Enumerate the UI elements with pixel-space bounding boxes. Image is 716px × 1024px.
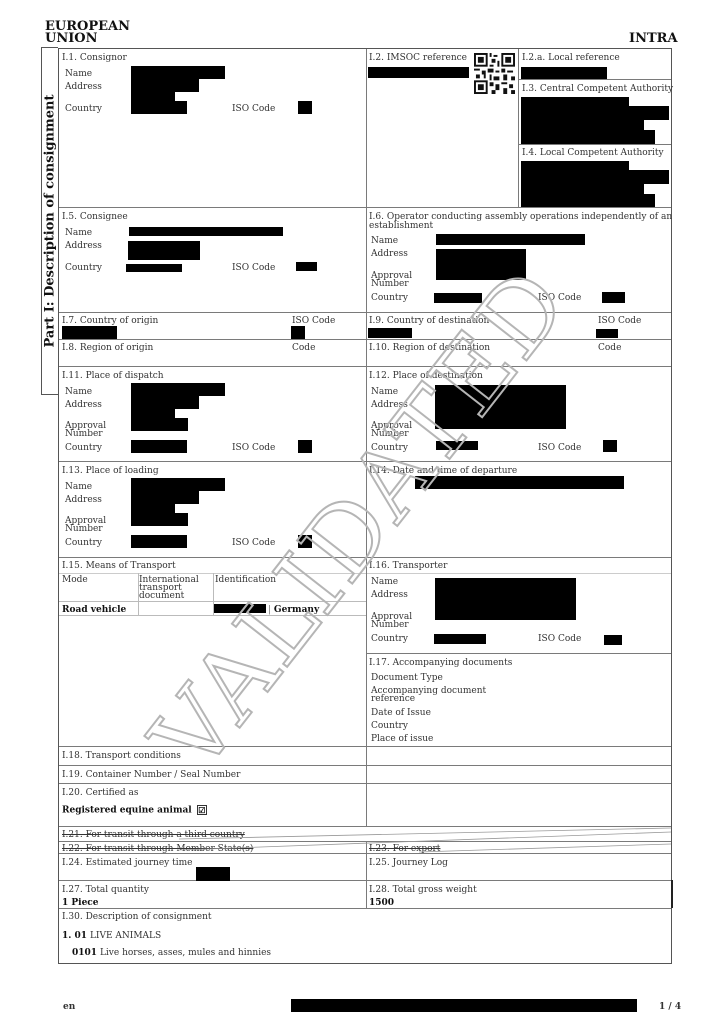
origin-iso-label: ISO Code — [292, 316, 335, 326]
box-i10-title: I.10. Region of destination — [369, 343, 490, 353]
redacted-dispatch-iso — [298, 440, 312, 453]
redacted-vehicle-identification — [214, 604, 266, 613]
dispatch-approval-label-2: Number — [65, 430, 103, 438]
total-quantity-value: 1 Piece — [62, 898, 99, 908]
dispatch-name-label: Name — [65, 387, 92, 397]
box-i3-title: I.3. Central Competent Authority — [522, 84, 673, 94]
consignee-name-label: Name — [65, 228, 92, 238]
redacted-dispatch-1 — [131, 383, 225, 396]
loading-iso-label: ISO Code — [232, 538, 275, 548]
box-i15-title: I.15. Means of Transport — [62, 561, 176, 571]
description-line-2-text: Live horses, asses, mules and hinnies — [100, 948, 271, 958]
redacted-consignor-country — [131, 101, 187, 114]
operator-iso-label: ISO Code — [538, 293, 581, 303]
acc-doc-type-label: Document Type — [371, 673, 443, 683]
box-i6-title-2: establishment — [369, 222, 433, 230]
redacted-local-authority-2 — [521, 170, 669, 184]
redacted-loading-country — [131, 535, 187, 548]
box-i7-title: I.7. Country of origin — [62, 316, 158, 326]
box-i6-title-1: I.6. Operator conducting assembly operat… — [369, 213, 672, 221]
transport-col-identification: Identification — [215, 575, 276, 585]
redacted-local-reference — [521, 67, 607, 79]
redacted-transporter-iso — [604, 635, 622, 645]
destination-approval-label-2: Number — [371, 430, 409, 438]
destination-country-label: Country — [371, 443, 408, 453]
consignee-country-label: Country — [65, 263, 102, 273]
redacted-local-authority-4 — [521, 194, 655, 207]
box-i30-title: I.30. Description of consignment — [62, 912, 212, 922]
redacted-consignor-address — [131, 79, 199, 92]
transport-id-country: | Germany — [268, 605, 319, 615]
transport-mode-value: Road vehicle — [62, 605, 126, 615]
redacted-country-of-origin — [62, 326, 117, 339]
description-line-1-text: LIVE ANIMALS — [90, 931, 161, 941]
redacted-dispatch-3 — [131, 409, 175, 418]
redacted-transporter-country — [434, 634, 486, 644]
redacted-destination-iso — [596, 329, 618, 338]
box-i4-title: I.4. Local Competent Authority — [522, 148, 664, 158]
redacted-consignee-address — [128, 241, 200, 260]
issuer-line2: UNION — [45, 33, 98, 45]
transporter-address-label: Address — [371, 590, 408, 600]
consignee-address-label: Address — [65, 241, 102, 251]
box-i16-title: I.16. Transporter — [369, 561, 447, 571]
destination-iso-label: ISO Code — [598, 316, 641, 326]
transporter-iso-label: ISO Code — [538, 634, 581, 644]
consignee-iso-label: ISO Code — [232, 263, 275, 273]
operator-country-label: Country — [371, 293, 408, 303]
transport-col-doc-3: document — [139, 592, 184, 600]
transport-col-mode: Mode — [62, 575, 88, 585]
acc-place-issue-label: Place of issue — [371, 734, 433, 744]
footer-language: en — [63, 1002, 75, 1012]
redacted-central-authority-4 — [521, 130, 655, 144]
box-i20-title: I.20. Certified as — [62, 788, 139, 798]
strikeout-lines — [59, 826, 671, 853]
redacted-origin-iso — [291, 326, 305, 339]
destination-name-label: Name — [371, 387, 398, 397]
box-i9-title: I.9. Country of destination — [369, 316, 489, 326]
footer-page-number: 1 / 4 — [659, 1002, 681, 1012]
redacted-destination-place-iso — [603, 440, 617, 452]
operator-name-label: Name — [371, 236, 398, 246]
redacted-journey-time — [196, 867, 230, 881]
redacted-loading-3 — [131, 504, 175, 513]
redacted-imsoc-reference — [368, 67, 469, 78]
operator-approval-label-2: Number — [371, 280, 409, 288]
redacted-consignor-iso — [298, 101, 312, 114]
redacted-consignee-country — [126, 264, 182, 272]
transport-id-country-text: Germany — [274, 605, 319, 615]
box-i24-title: I.24. Estimated journey time — [62, 858, 192, 868]
certificate-type: INTRA — [629, 33, 678, 45]
redacted-operator-iso — [602, 292, 625, 303]
destination-iso-label-2: ISO Code — [538, 443, 581, 453]
loading-address-label: Address — [65, 495, 102, 505]
redacted-loading-4 — [131, 513, 188, 526]
redacted-dispatch-4 — [131, 418, 188, 431]
consignor-name-label: Name — [65, 69, 92, 79]
redacted-operator-address — [436, 249, 526, 280]
redacted-operator-name — [436, 234, 585, 245]
redacted-country-of-destination — [368, 328, 412, 338]
destination-address-label: Address — [371, 400, 408, 410]
box-i12-title: I.12. Place of destination — [369, 371, 483, 381]
box-i17-title: I.17. Accompanying documents — [369, 658, 512, 668]
consignor-address-label: Address — [65, 82, 102, 92]
box-i13-title: I.13. Place of loading — [62, 466, 159, 476]
redacted-central-authority-1 — [521, 97, 629, 106]
dispatch-country-label: Country — [65, 443, 102, 453]
redacted-destination-place — [435, 385, 566, 429]
part-label: Part I: Description of consignment — [43, 95, 58, 348]
redacted-central-authority-2 — [521, 106, 669, 120]
redacted-consignor-name — [131, 66, 225, 79]
acc-date-issue-label: Date of Issue — [371, 708, 431, 718]
redacted-loading-2 — [131, 491, 199, 504]
box-i1-title: I.1. Consignor — [62, 53, 127, 63]
redacted-destination-country — [436, 441, 478, 450]
box-i8-title: I.8. Region of origin — [62, 343, 153, 353]
box-i11-title: I.11. Place of dispatch — [62, 371, 164, 381]
acc-doc-ref-label-2: reference — [371, 695, 415, 703]
description-line-2-code: 0101 — [72, 948, 97, 958]
checkbox-checked-icon: ☑ — [197, 805, 207, 815]
box-i2-title: I.2. IMSOC reference — [369, 53, 467, 63]
transporter-approval-label-2: Number — [371, 621, 409, 629]
consignor-country-label: Country — [65, 104, 102, 114]
certified-as-value: Registered equine animal ☑ — [62, 805, 207, 816]
redacted-consignee-iso — [296, 262, 317, 271]
redacted-local-authority-1 — [521, 161, 629, 170]
loading-name-label: Name — [65, 482, 92, 492]
description-line-1-code: 1. 01 — [62, 931, 87, 941]
operator-address-label: Address — [371, 249, 408, 259]
redacted-local-authority-3 — [521, 184, 644, 194]
acc-country-label: Country — [371, 721, 408, 731]
box-i2a-title: I.2.a. Local reference — [522, 53, 620, 63]
box-i25-title: I.25. Journey Log — [369, 858, 448, 868]
redacted-dispatch-2 — [131, 396, 199, 409]
certified-as-text: Registered equine animal — [62, 806, 192, 816]
box-i14-title: I.14. Date and time of departure — [369, 466, 517, 476]
redacted-departure-datetime — [415, 476, 624, 489]
redacted-footer-reference — [291, 999, 637, 1012]
box-i5-title: I.5. Consignee — [62, 212, 128, 222]
redacted-central-authority-3 — [521, 120, 644, 130]
box-i28-title: I.28. Total gross weight — [369, 885, 477, 895]
loading-approval-label-2: Number — [65, 525, 103, 533]
description-line-1: 1. 01 LIVE ANIMALS — [62, 931, 161, 941]
dispatch-address-label: Address — [65, 400, 102, 410]
redacted-loading-1 — [131, 478, 225, 491]
origin-region-code-label: Code — [292, 343, 315, 353]
redacted-dispatch-country — [131, 440, 187, 453]
transporter-name-label: Name — [371, 577, 398, 587]
box-i18-title: I.18. Transport conditions — [62, 751, 181, 761]
redacted-loading-iso — [298, 535, 312, 548]
consignor-iso-label: ISO Code — [232, 104, 275, 114]
description-line-2: 0101 Live horses, asses, mules and hinni… — [72, 948, 271, 958]
loading-country-label: Country — [65, 538, 102, 548]
box-i27-title: I.27. Total quantity — [62, 885, 149, 895]
total-gross-weight-value: 1500 — [369, 898, 394, 908]
destination-region-code-label: Code — [598, 343, 621, 353]
transporter-country-label: Country — [371, 634, 408, 644]
dispatch-iso-label: ISO Code — [232, 443, 275, 453]
box-i19-title: I.19. Container Number / Seal Number — [62, 770, 240, 780]
redacted-transporter — [435, 578, 576, 620]
redacted-consignee-name — [129, 227, 283, 236]
qr-code-icon — [474, 53, 515, 94]
redacted-operator-country — [434, 293, 482, 303]
